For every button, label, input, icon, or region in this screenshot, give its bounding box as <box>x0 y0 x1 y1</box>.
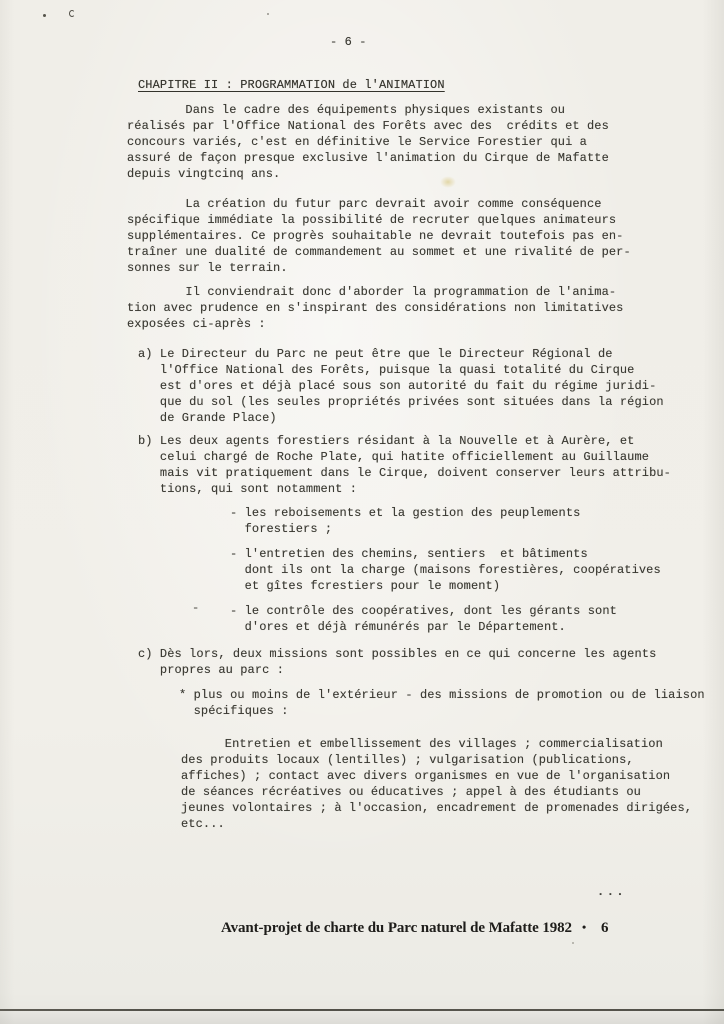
footer-separator-dot: • <box>582 920 586 934</box>
scanned-document-page: - 6 - CHAPITRE II : PROGRAMMATION de l'A… <box>0 0 724 1024</box>
ink-speck <box>43 14 46 17</box>
list-item-b: b) Les deux agents forestiers résidant à… <box>138 433 671 497</box>
sub-bullet-entretien-chemins: - l'entretien des chemins, sentiers et b… <box>230 546 661 594</box>
footer-page-number: 6 <box>601 920 608 936</box>
chapter-title: CHAPITRE II : PROGRAMMATION de l'ANIMATI… <box>138 77 445 93</box>
footer-title: Avant-projet de charte du Parc naturel d… <box>221 920 572 936</box>
page-number-header: - 6 - <box>330 34 367 50</box>
sub-bullet-reboisements: - les reboisements et la gestion des peu… <box>230 505 580 537</box>
star-bullet-missions: * plus ou moins de l'extérieur - des mis… <box>179 687 705 719</box>
sub-paragraph-entretien: Entretien et embellissement des villages… <box>181 736 692 832</box>
paragraph-2: La création du futur parc devrait avoir … <box>127 196 631 276</box>
list-item-c: c) Dès lors, deux missions sont possible… <box>138 646 656 678</box>
ink-mark <box>69 10 75 17</box>
continuation-ellipsis: ... <box>597 884 626 900</box>
sub-bullet-controle-cooperatives: - le contrôle des coopératives, dont les… <box>230 603 617 635</box>
stray-dash-mark: - <box>192 600 199 616</box>
paragraph-1: Dans le cadre des équipements physiques … <box>127 102 609 182</box>
page-footer: Avant-projet de charte du Parc naturel d… <box>221 917 608 938</box>
paragraph-3: Il conviendrait donc d'aborder la progra… <box>127 284 623 332</box>
ink-speck <box>572 942 574 944</box>
list-item-a: a) Le Directeur du Parc ne peut être que… <box>138 346 664 426</box>
ink-speck <box>267 13 269 15</box>
scan-background-strip <box>0 1011 724 1024</box>
